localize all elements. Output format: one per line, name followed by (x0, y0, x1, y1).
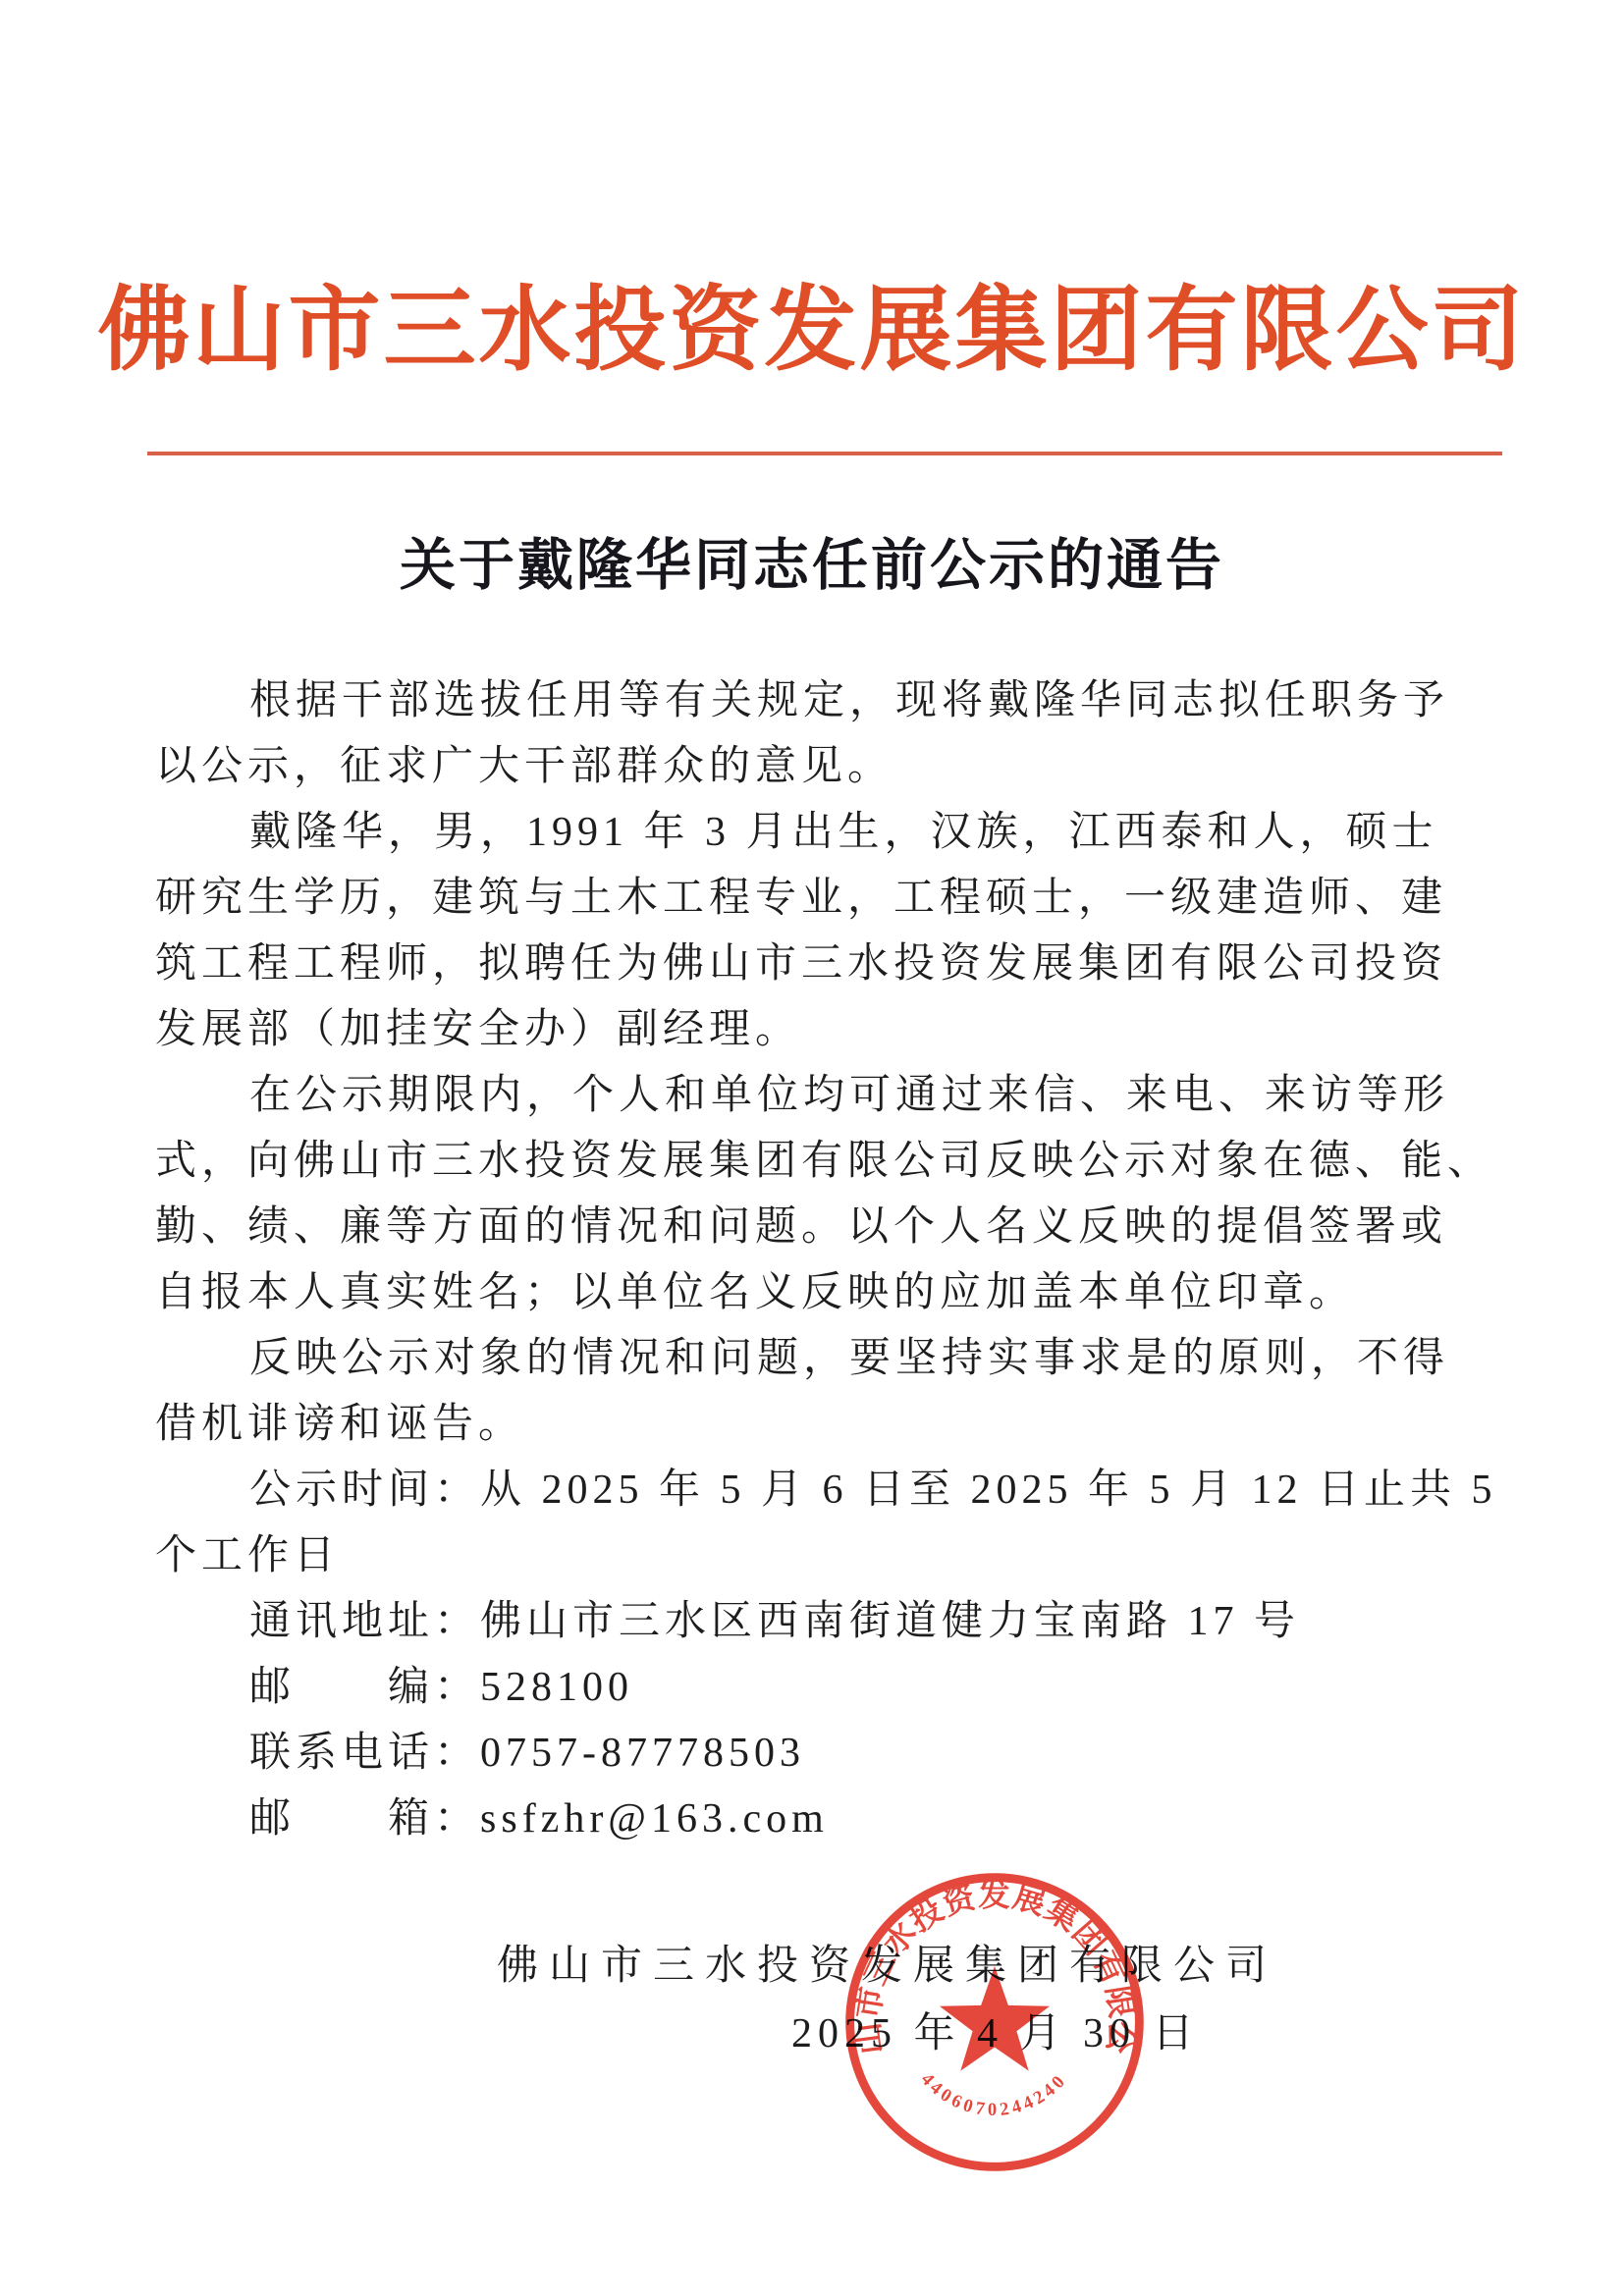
company-seal: 佛山市三水投资发展集团有限公司 4406070244240 (831, 1858, 1159, 2186)
body-line: 在公示期限内，个人和单位均可通过来信、来电、来访等形 (155, 1063, 1483, 1129)
document-page: 佛山市三水投资发展集团有限公司 关于戴隆华同志任前公示的通告 根据干部选拔任用等… (0, 0, 1624, 2296)
body-line: 式，向佛山市三水投资发展集团有限公司反映公示对象在德、能、 (155, 1129, 1483, 1195)
body-line: 研究生学历，建筑与土木工程专业，工程硕士，一级建造师、建 (155, 866, 1483, 932)
seal-serial-text: 4406070244240 (917, 2069, 1072, 2120)
body-line: 以公示，征求广大干部群众的意见。 (155, 734, 1483, 800)
body-line: 根据干部选拔任用等有关规定，现将戴隆华同志拟任职务予 (155, 668, 1483, 734)
body-line: 通讯地址：佛山市三水区西南街道健力宝南路 17 号 (155, 1589, 1483, 1655)
document-title: 关于戴隆华同志任前公示的通告 (0, 520, 1624, 601)
body-line: 联系电话：0757-87778503 (155, 1721, 1483, 1787)
seal-star (940, 1966, 1050, 2071)
body-line: 反映公示对象的情况和问题，要坚持实事求是的原则，不得 (155, 1326, 1483, 1392)
body-line: 戴隆华，男，1991 年 3 月出生，汉族，江西泰和人，硕士 (155, 800, 1483, 866)
body-line: 邮 编：528100 (155, 1655, 1483, 1721)
body-line: 公示时间：从 2025 年 5 月 6 日至 2025 年 5 月 12 日止共… (155, 1458, 1483, 1523)
body-line: 邮 箱：ssfzhr@163.com (155, 1787, 1483, 1852)
body-text: 根据干部选拔任用等有关规定，现将戴隆华同志拟任职务予以公示，征求广大干部群众的意… (155, 668, 1483, 1852)
body-line: 个工作日 (155, 1523, 1483, 1589)
body-line: 发展部（加挂安全办）副经理。 (155, 997, 1483, 1063)
letterhead-company-name: 佛山市三水投资发展集团有限公司 (0, 255, 1624, 388)
letterhead-divider-line (147, 452, 1502, 455)
body-line: 筑工程工程师，拟聘任为佛山市三水投资发展集团有限公司投资 (155, 932, 1483, 997)
body-line: 自报本人真实姓名；以单位名义反映的应加盖本单位印章。 (155, 1260, 1483, 1326)
body-line: 借机诽谤和诬告。 (155, 1392, 1483, 1458)
body-line: 勤、绩、廉等方面的情况和问题。以个人名义反映的提倡签署或 (155, 1195, 1483, 1260)
seal-serial-textpath: 4406070244240 (917, 2069, 1072, 2120)
